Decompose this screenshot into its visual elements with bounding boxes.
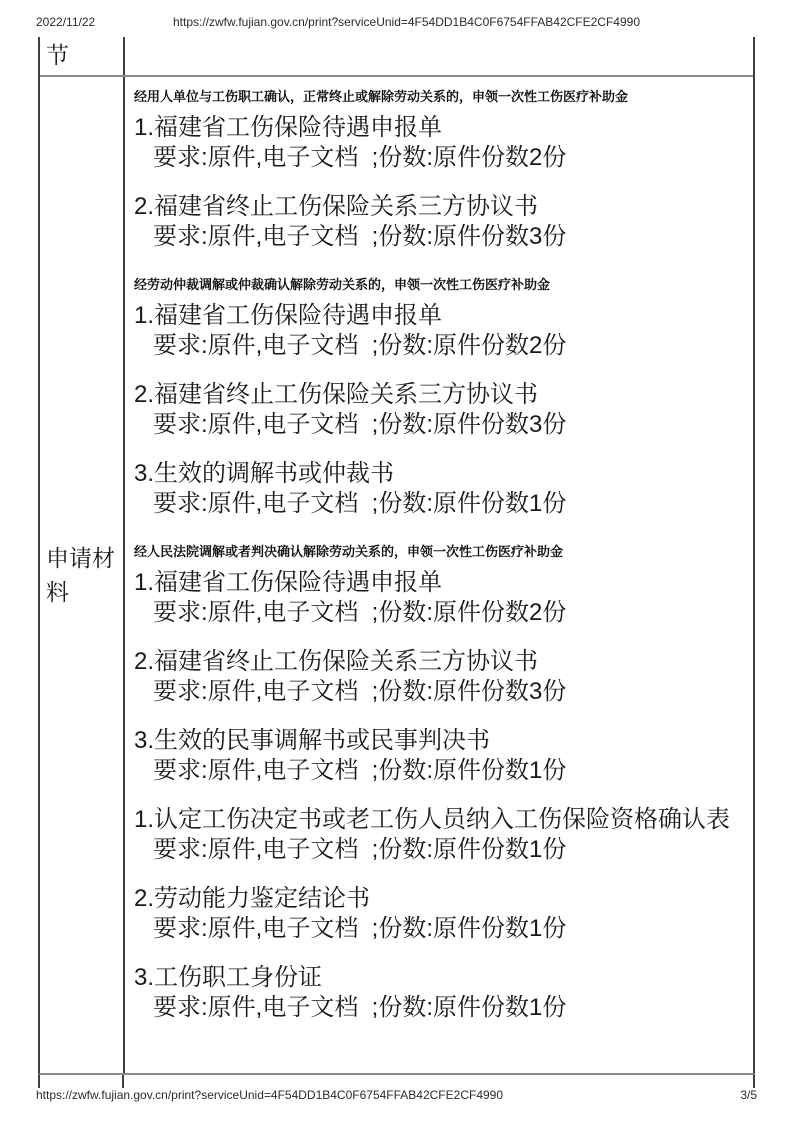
material-item: 1.福建省工伤保险待遇申报单要求:原件,电子文档 ;份数:原件份数2份: [134, 301, 739, 361]
print-page-footer: https://zwfw.fujian.gov.cn/print?service…: [0, 1088, 793, 1104]
print-header-url: https://zwfw.fujian.gov.cn/print?service…: [60, 15, 753, 29]
material-item-title: 3.工伤职工身份证: [134, 963, 739, 993]
material-item: 1.福建省工伤保险待遇申报单要求:原件,电子文档 ;份数:原件份数2份: [134, 113, 739, 173]
print-page-header: 2022/11/22 https://zwfw.fujian.gov.cn/pr…: [0, 15, 793, 31]
row-label-application-materials: 申请材料: [40, 77, 125, 1073]
material-item-title: 2.福建省终止工伤保险关系三方协议书: [134, 192, 739, 222]
row-label-cut-off: 节: [40, 37, 125, 75]
material-item-requirement: 要求:原件,电子文档 ;份数:原件份数3份: [134, 410, 739, 440]
material-group-header: 经人民法院调解或者判决确认解除劳动关系的，申领一次性工伤医疗补助金: [134, 544, 739, 559]
material-item-requirement: 要求:原件,电子文档 ;份数:原件份数3份: [134, 222, 739, 252]
table-row-application-materials: 申请材料 经用人单位与工伤职工确认，正常终止或解除劳动关系的，申领一次性工伤医疗…: [40, 77, 753, 1073]
material-item-requirement: 要求:原件,电子文档 ;份数:原件份数2份: [134, 331, 739, 361]
material-item-requirement: 要求:原件,电子文档 ;份数:原件份数1份: [134, 489, 739, 519]
material-item-title: 3.生效的调解书或仲裁书: [134, 459, 739, 489]
table-border-stub-right: [753, 1075, 755, 1088]
material-item-title: 2.福建省终止工伤保险关系三方协议书: [134, 647, 739, 677]
material-item-title: 1.福建省工伤保险待遇申报单: [134, 113, 739, 143]
material-item: 2.福建省终止工伤保险关系三方协议书要求:原件,电子文档 ;份数:原件份数3份: [134, 192, 739, 252]
materials-table: 节 申请材料 经用人单位与工伤职工确认，正常终止或解除劳动关系的，申领一次性工伤…: [38, 37, 755, 1075]
table-row-previous-section: 节: [40, 37, 753, 77]
material-group-header: 经用人单位与工伤职工确认，正常终止或解除劳动关系的，申领一次性工伤医疗补助金: [134, 89, 739, 104]
material-item-requirement: 要求:原件,电子文档 ;份数:原件份数2份: [134, 143, 739, 173]
material-group-header: 经劳动仲裁调解或仲裁确认解除劳动关系的，申领一次性工伤医疗补助金: [134, 277, 739, 292]
materials-content-cell: 经用人单位与工伤职工确认，正常终止或解除劳动关系的，申领一次性工伤医疗补助金1.…: [125, 77, 753, 1073]
print-footer-url: https://zwfw.fujian.gov.cn/print?service…: [36, 1088, 503, 1102]
table-border-stub-left: [38, 1075, 40, 1088]
material-item: 2.福建省终止工伤保险关系三方协议书要求:原件,电子文档 ;份数:原件份数3份: [134, 647, 739, 707]
material-item-title: 2.福建省终止工伤保险关系三方协议书: [134, 380, 739, 410]
material-item: 2.劳动能力鉴定结论书要求:原件,电子文档 ;份数:原件份数1份: [134, 884, 739, 944]
material-item: 2.福建省终止工伤保险关系三方协议书要求:原件,电子文档 ;份数:原件份数3份: [134, 380, 739, 440]
material-item-title: 2.劳动能力鉴定结论书: [134, 884, 739, 914]
material-item: 1.福建省工伤保险待遇申报单要求:原件,电子文档 ;份数:原件份数2份: [134, 568, 739, 628]
material-item-requirement: 要求:原件,电子文档 ;份数:原件份数1份: [134, 835, 739, 865]
material-item-title: 1.福建省工伤保险待遇申报单: [134, 301, 739, 331]
page-number: 3/5: [740, 1088, 757, 1102]
row-content-empty: [125, 37, 753, 75]
material-item-requirement: 要求:原件,电子文档 ;份数:原件份数2份: [134, 598, 739, 628]
material-item: 1.认定工伤决定书或老工伤人员纳入工伤保险资格确认表要求:原件,电子文档 ;份数…: [134, 805, 739, 865]
material-item: 3.生效的调解书或仲裁书要求:原件,电子文档 ;份数:原件份数1份: [134, 459, 739, 519]
material-item-requirement: 要求:原件,电子文档 ;份数:原件份数1份: [134, 756, 739, 786]
material-item-title: 1.认定工伤决定书或老工伤人员纳入工伤保险资格确认表: [134, 805, 739, 835]
material-item-requirement: 要求:原件,电子文档 ;份数:原件份数1份: [134, 914, 739, 944]
material-item-title: 1.福建省工伤保险待遇申报单: [134, 568, 739, 598]
material-item: 3.工伤职工身份证要求:原件,电子文档 ;份数:原件份数1份: [134, 963, 739, 1023]
material-item-title: 3.生效的民事调解书或民事判决书: [134, 726, 739, 756]
material-item-requirement: 要求:原件,电子文档 ;份数:原件份数1份: [134, 993, 739, 1023]
material-item-requirement: 要求:原件,电子文档 ;份数:原件份数3份: [134, 677, 739, 707]
material-item: 3.生效的民事调解书或民事判决书要求:原件,电子文档 ;份数:原件份数1份: [134, 726, 739, 786]
table-border-stub-middle: [122, 1075, 124, 1088]
